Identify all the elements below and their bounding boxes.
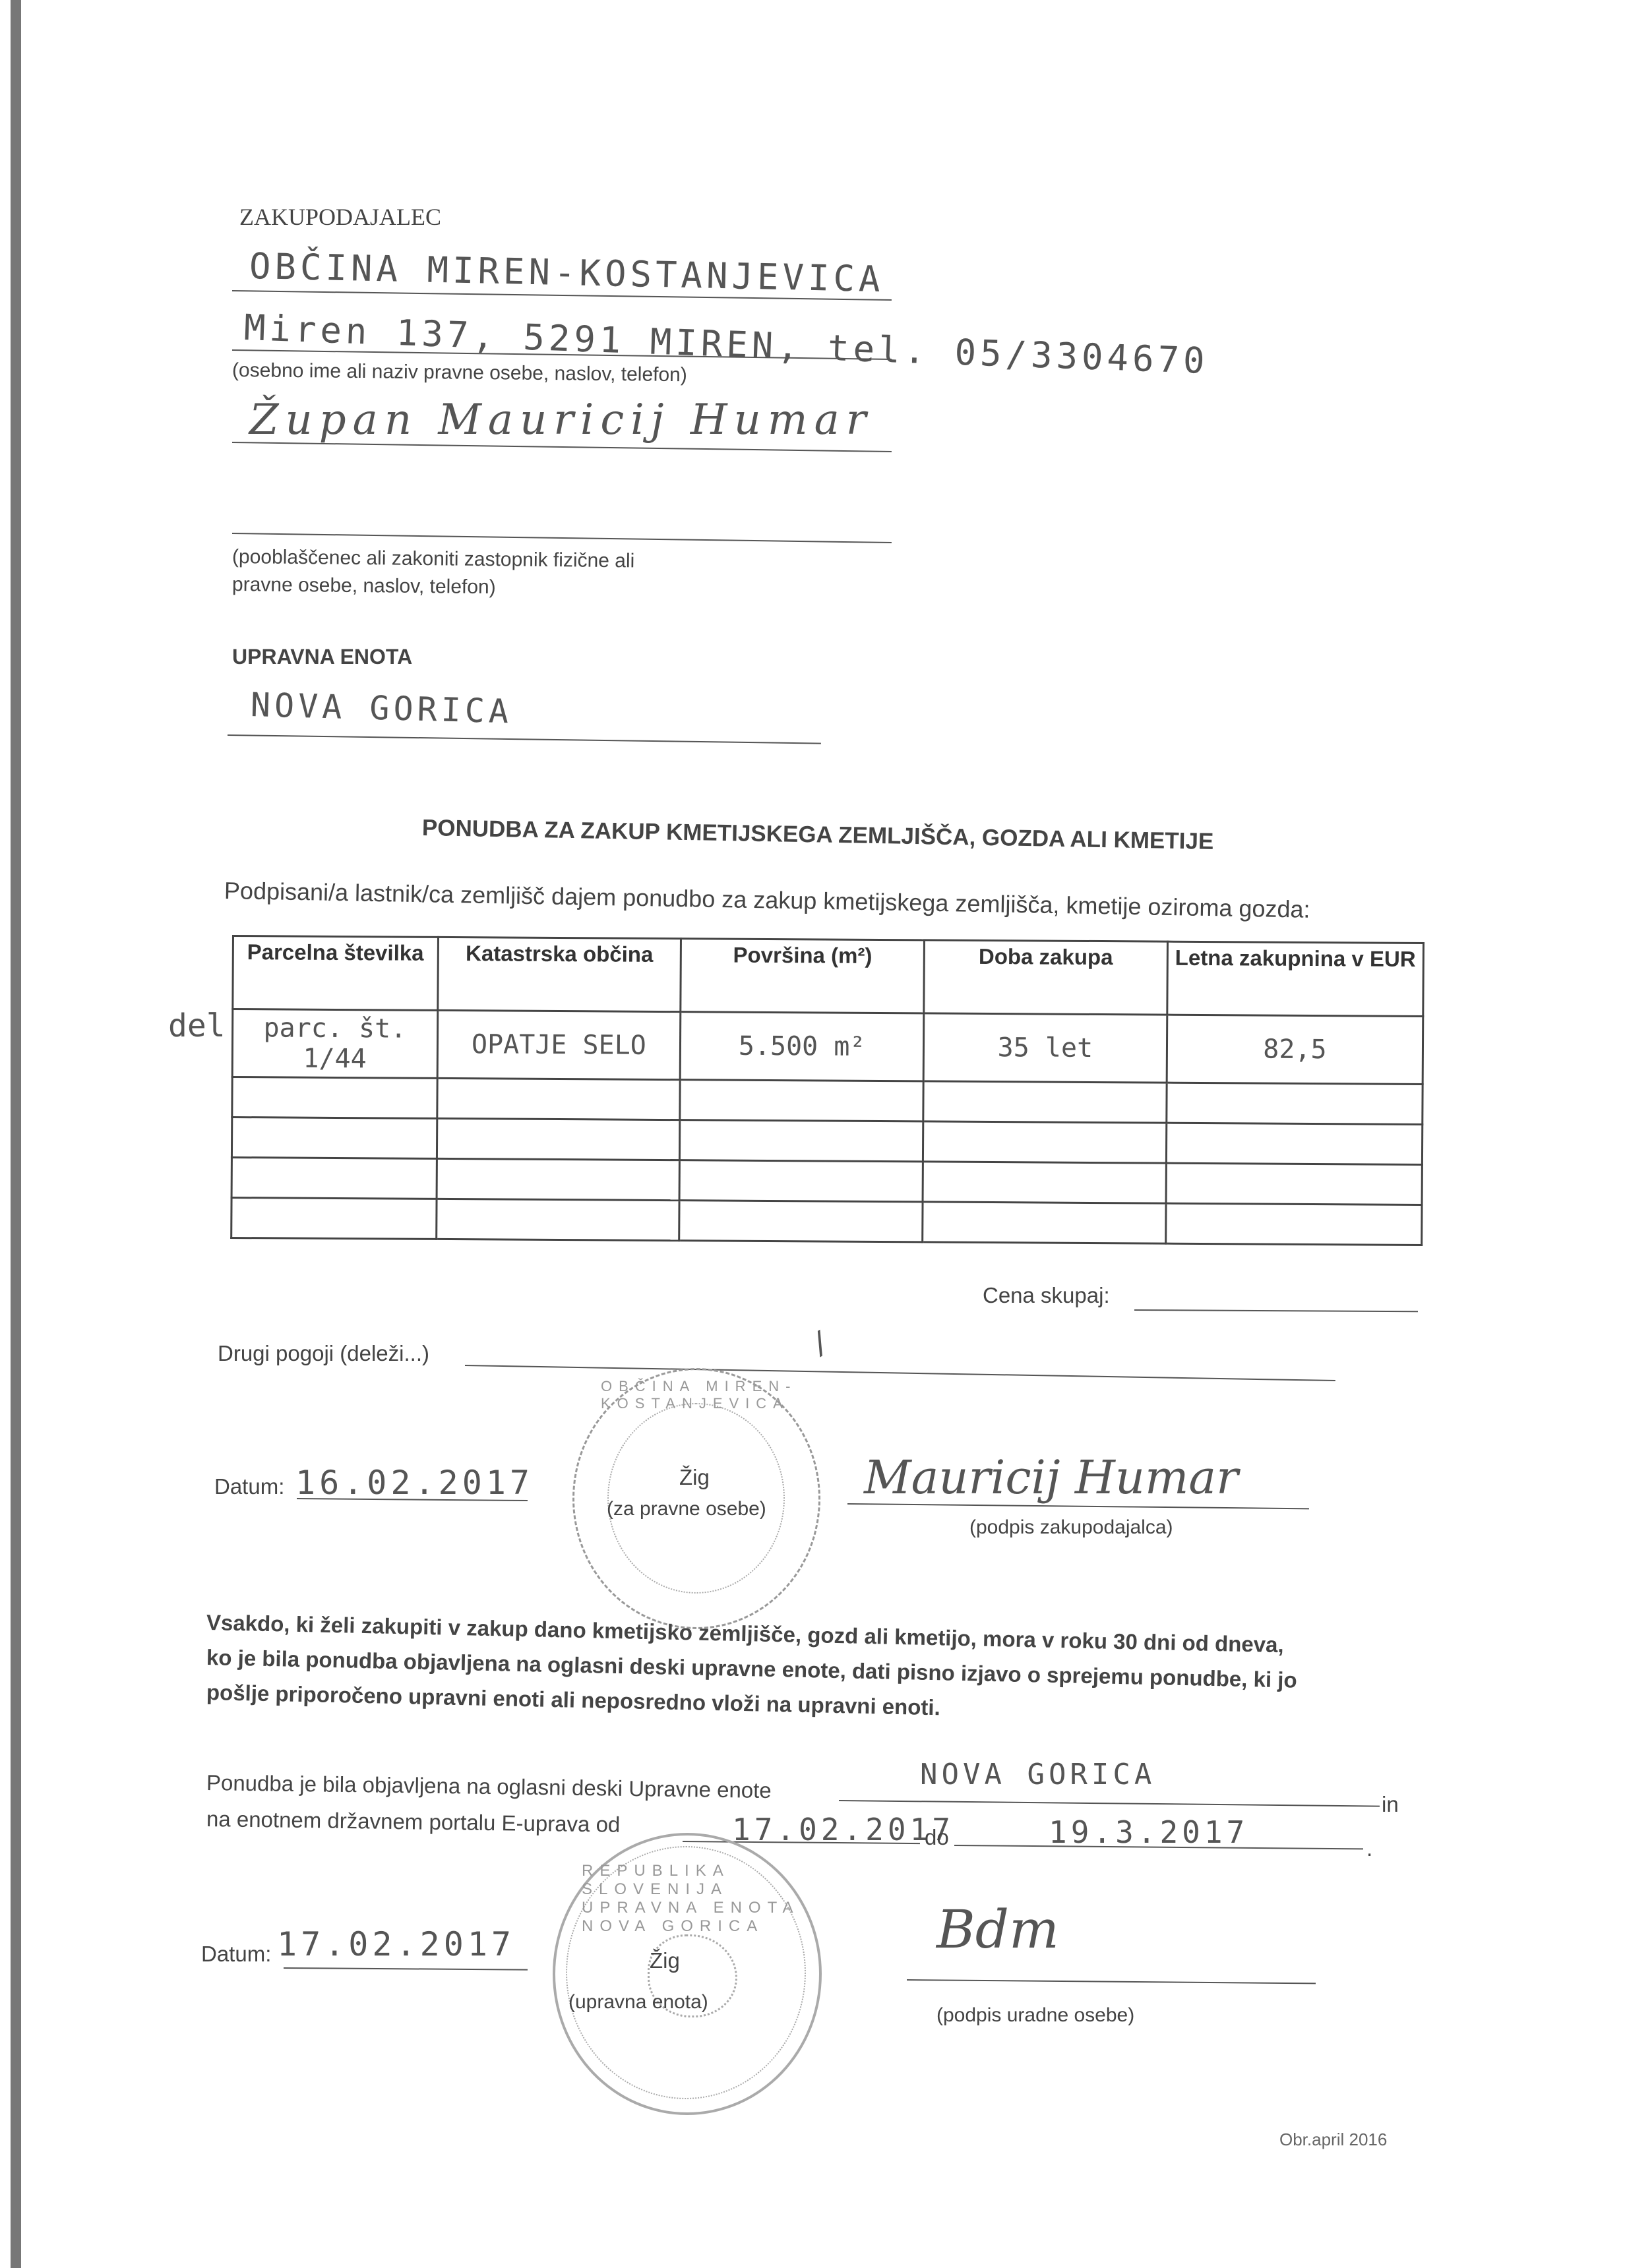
offer-table: Parcelna številka Katastrska občina Povr…: [230, 935, 1425, 1246]
column-header-parcel: Parcelna številka: [233, 936, 438, 1011]
official-stamp-label: Žig: [650, 1948, 680, 1973]
publication-end-mark: .: [1366, 1836, 1372, 1861]
publication-unit-line: [839, 1800, 1380, 1807]
table-row: [231, 1158, 1422, 1205]
cell-area[interactable]: [679, 1160, 923, 1202]
lessor-date-label: Datum:: [214, 1474, 284, 1499]
publication-in-label: in: [1382, 1792, 1399, 1817]
cell-parcel[interactable]: [231, 1118, 437, 1159]
cell-area[interactable]: 5.500 m²: [680, 1012, 923, 1081]
admin-unit-heading: UPRAVNA ENOTA: [232, 645, 412, 669]
cell-cadastral[interactable]: [436, 1199, 679, 1240]
notice-line-3: pošlje priporočeno upravni enoti ali nep…: [206, 1680, 941, 1720]
lessor-address-caption: (osebno ime ali naziv pravne osebe, nasl…: [232, 359, 687, 386]
cell-area[interactable]: [680, 1080, 923, 1121]
table-header-row: Parcelna številka Katastrska občina Povr…: [233, 936, 1424, 1017]
cell-parcel[interactable]: [232, 1077, 437, 1119]
offer-title: PONUDBA ZA ZAKUP KMETIJSKEGA ZEMLJIŠČA, …: [422, 815, 1214, 855]
cell-parcel[interactable]: [231, 1198, 437, 1239]
cell-cadastral[interactable]: [437, 1158, 680, 1200]
lessor-date-value[interactable]: 16.02.2017: [295, 1464, 534, 1502]
lessor-signature-caption: (podpis zakupodajalca): [969, 1516, 1173, 1539]
official-stamp-caption: (upravna enota): [568, 1991, 708, 2014]
representative-caption-2: pravne osebe, naslov, telefon): [232, 574, 496, 599]
cell-duration[interactable]: [923, 1162, 1166, 1203]
representative-value[interactable]: Župan Mauricij Humar: [249, 396, 873, 444]
cell-rent[interactable]: [1166, 1163, 1423, 1205]
lessor-stamp-label: Žig: [679, 1465, 710, 1490]
form-version-footer: Obr.april 2016: [1279, 2130, 1387, 2150]
official-stamp: REPUBLIKA SLOVENIJA UPRAVNA ENOTA NOVA G…: [553, 1833, 822, 2115]
cell-duration[interactable]: [923, 1081, 1167, 1123]
cell-cadastral[interactable]: OPATJE SELO: [437, 1010, 681, 1079]
cell-rent[interactable]: [1167, 1083, 1423, 1124]
official-signature-line: [907, 1979, 1316, 1984]
cell-cadastral[interactable]: [437, 1118, 680, 1160]
cell-duration[interactable]: [923, 1121, 1166, 1163]
publication-to-value[interactable]: 19.3.2017: [1049, 1814, 1248, 1850]
table-row: parc. št. 1/44 OPATJE SELO 5.500 m² 35 l…: [232, 1009, 1423, 1085]
official-stamp-text: REPUBLIKA SLOVENIJA UPRAVNA ENOTA NOVA G…: [582, 1862, 819, 1936]
lessor-stamp-caption: (za pravne osebe): [607, 1498, 766, 1520]
cell-area[interactable]: [680, 1120, 923, 1162]
official-signature: Bdm: [936, 1899, 1059, 1960]
publication-to-label: do: [925, 1825, 949, 1850]
offer-intro: Podpisani/a lastnik/ca zemljišč dajem po…: [224, 877, 1310, 924]
column-header-rent: Letna zakupnina v EUR: [1167, 941, 1424, 1016]
total-line: [1134, 1309, 1418, 1312]
other-terms-line: [465, 1365, 1335, 1381]
official-date-line: [284, 1967, 528, 1971]
cell-cadastral[interactable]: [437, 1078, 680, 1119]
official-signature-caption: (podpis uradne osebe): [936, 2004, 1134, 2027]
lessor-signature: Mauricij Humar: [864, 1450, 1239, 1505]
cell-parcel[interactable]: parc. št. 1/44: [232, 1009, 437, 1079]
column-header-duration: Doba zakupa: [924, 940, 1167, 1015]
lessor-stamp-text: OBČINA MIREN-KOSTANJEVICA: [601, 1378, 818, 1412]
margin-note: del: [168, 1007, 226, 1044]
cell-parcel[interactable]: [231, 1158, 437, 1199]
table-row: [231, 1118, 1422, 1165]
other-terms-label: Drugi pogoji (deleži...): [218, 1341, 429, 1366]
publication-line1-label: Ponudba je bila objavljena na oglasni de…: [206, 1770, 772, 1803]
column-header-cadastral: Katastrska občina: [437, 937, 681, 1011]
column-header-area: Površina (m²): [681, 939, 924, 1013]
lessor-heading: ZAKUPODAJALEC: [239, 203, 441, 231]
publication-unit-value[interactable]: NOVA GORICA: [920, 1758, 1155, 1791]
table-row: [232, 1077, 1423, 1125]
official-date-label: Datum:: [201, 1942, 271, 1967]
cell-rent[interactable]: 82,5: [1167, 1015, 1423, 1084]
scan-edge: [11, 0, 21, 2268]
representative-line-2: [232, 533, 892, 543]
representative-caption-1: (pooblaščenec ali zakoniti zastopnik fiz…: [232, 546, 635, 572]
cell-area[interactable]: [679, 1201, 923, 1242]
admin-unit-line: [228, 734, 821, 744]
cell-duration[interactable]: 35 let: [923, 1013, 1167, 1083]
cell-duration[interactable]: [923, 1202, 1166, 1243]
publication-line2-label: na enotnem državnem portalu E-uprava od: [206, 1806, 621, 1837]
total-label: Cena skupaj:: [983, 1283, 1110, 1308]
official-date-value[interactable]: 17.02.2017: [277, 1925, 515, 1963]
cell-rent[interactable]: [1165, 1203, 1422, 1245]
cell-rent[interactable]: [1166, 1123, 1423, 1164]
other-terms-value[interactable]: /: [804, 1322, 840, 1361]
table-row: [231, 1198, 1422, 1245]
admin-unit-value[interactable]: NOVA GORICA: [250, 686, 513, 731]
